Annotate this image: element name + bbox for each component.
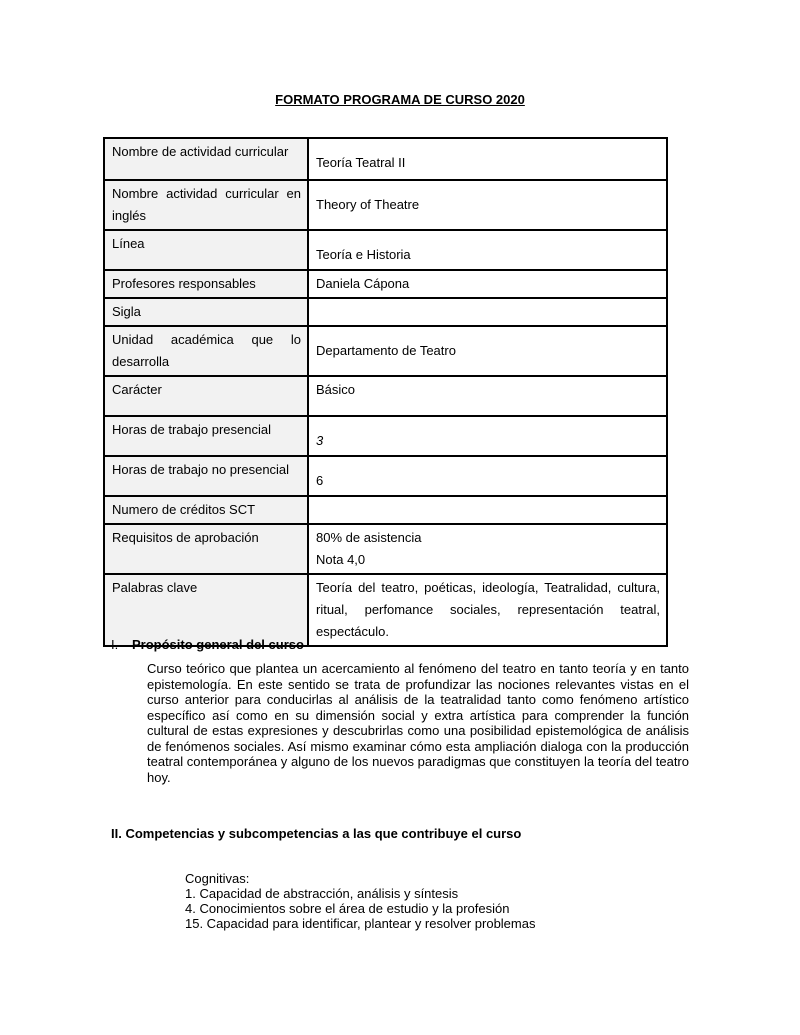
row-value: Departamento de Teatro [308,326,667,376]
table-row: Nombre actividad curricular en inglés Th… [104,180,667,230]
table-row: Horas de trabajo no presencial 6 [104,456,667,496]
requirement-line: Nota 4,0 [316,549,660,571]
course-info-table: Nombre de actividad curricular Teoría Te… [103,137,668,647]
row-label: Unidad académica que lo desarrolla [104,326,308,376]
section-1-body: Curso teórico que plantea un acercamient… [147,661,689,785]
row-label: Línea [104,230,308,270]
table-row: Línea Teoría e Historia [104,230,667,270]
row-label: Profesores responsables [104,270,308,298]
competency-group-label: Cognitivas: [185,871,535,886]
competencies-list: Cognitivas: 1. Capacidad de abstracción,… [185,871,535,931]
table-row: Requisitos de aprobación 80% de asistenc… [104,524,667,574]
row-value: 3 [308,416,667,456]
document-title: FORMATO PROGRAMA DE CURSO 2020 [0,92,800,107]
competency-item: 15. Capacidad para identificar, plantear… [185,916,535,931]
table-row: Nombre de actividad curricular Teoría Te… [104,138,667,180]
section-2-heading: II. Competencias y subcompetencias a las… [111,826,521,841]
row-label: Palabras clave [104,574,308,646]
row-label: Requisitos de aprobación [104,524,308,574]
table-row: Carácter Básico [104,376,667,416]
competency-item: 1. Capacidad de abstracción, análisis y … [185,886,535,901]
table-row: Unidad académica que lo desarrolla Depar… [104,326,667,376]
row-value: Básico [308,376,667,416]
row-label: Sigla [104,298,308,326]
row-value: 6 [308,456,667,496]
table-row: Profesores responsables Daniela Cápona [104,270,667,298]
row-value: 80% de asistencia Nota 4,0 [308,524,667,574]
row-label: Nombre actividad curricular en inglés [104,180,308,230]
row-label: Numero de créditos SCT [104,496,308,524]
row-value: Daniela Cápona [308,270,667,298]
table-row: Horas de trabajo presencial 3 [104,416,667,456]
row-label: Horas de trabajo no presencial [104,456,308,496]
section-1-heading: I.Propósito general del curso [111,637,304,652]
section-title: Propósito general del curso [132,637,304,652]
row-value: Teoría Teatral II [308,138,667,180]
row-value: Theory of Theatre [308,180,667,230]
table-row: Sigla [104,298,667,326]
row-value [308,298,667,326]
row-label: Nombre de actividad curricular [104,138,308,180]
row-label: Horas de trabajo presencial [104,416,308,456]
competency-item: 4. Conocimientos sobre el área de estudi… [185,901,535,916]
requirement-line: 80% de asistencia [316,527,660,549]
row-label: Carácter [104,376,308,416]
table-row: Palabras clave Teoría del teatro, poétic… [104,574,667,646]
row-value [308,496,667,524]
table-row: Numero de créditos SCT [104,496,667,524]
row-value: Teoría del teatro, poéticas, ideología, … [308,574,667,646]
section-number: I. [111,637,132,652]
row-value: Teoría e Historia [308,230,667,270]
